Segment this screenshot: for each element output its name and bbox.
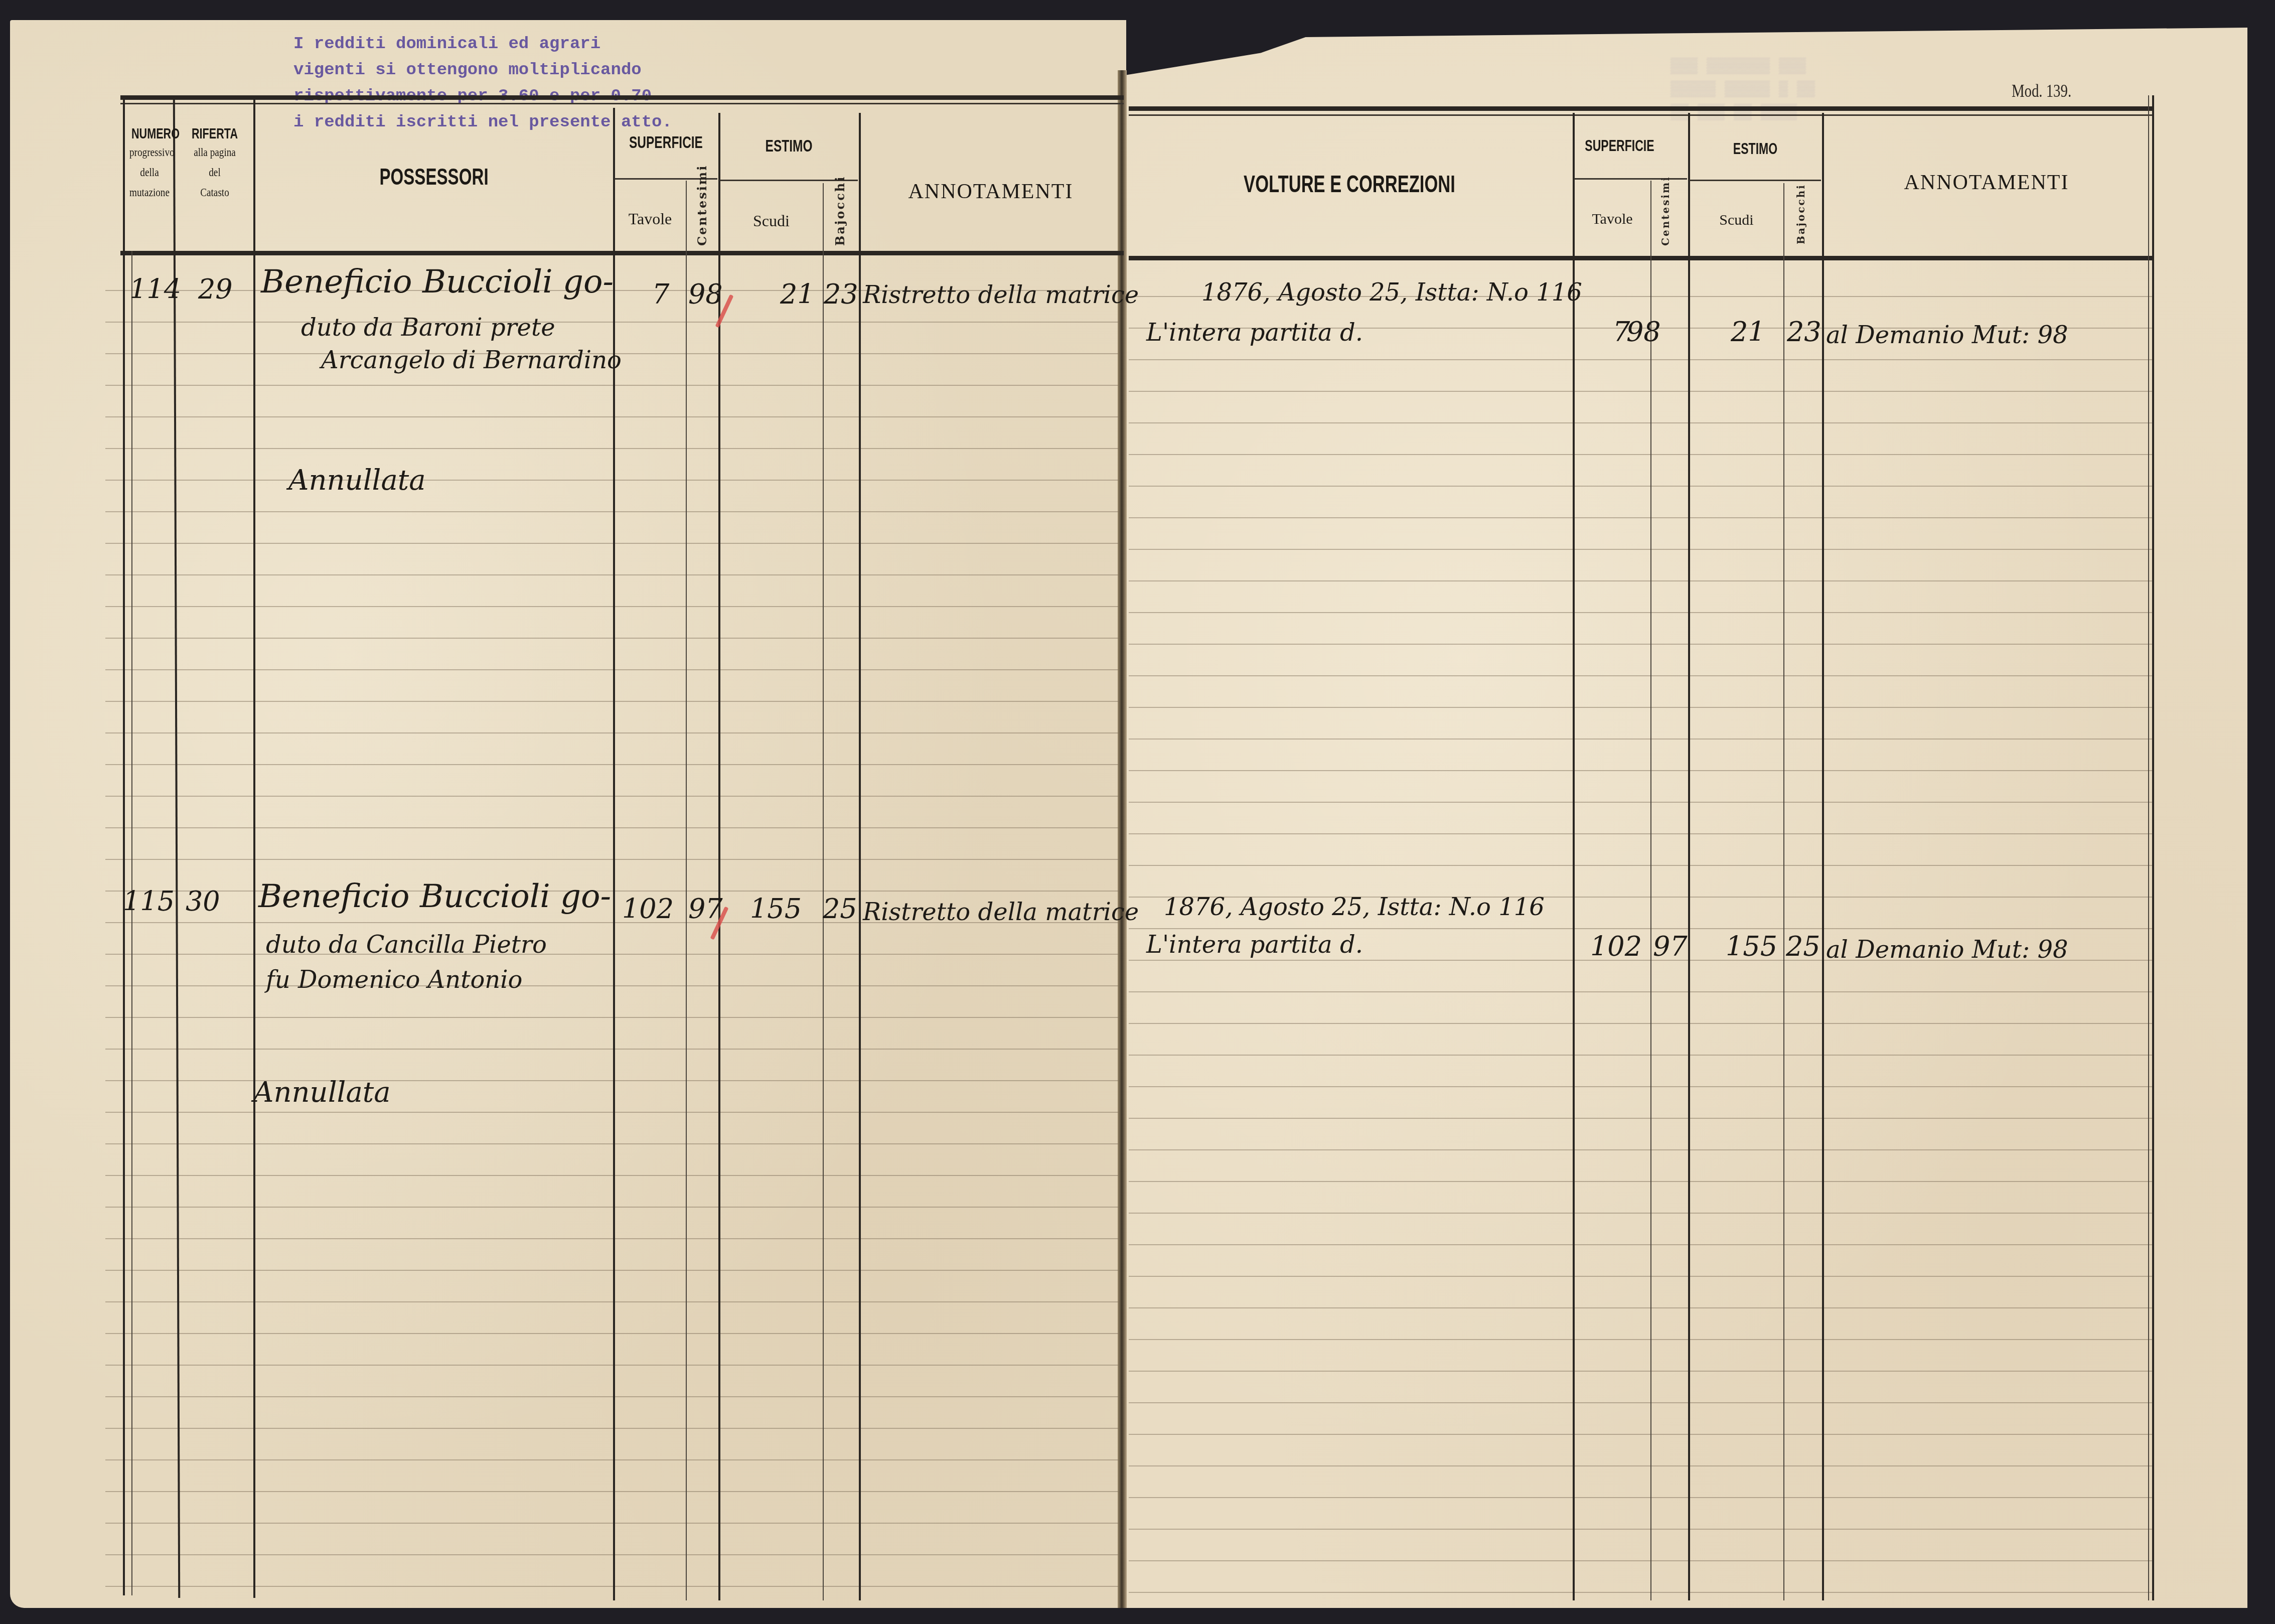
header-annotamenti-left: ANNOTAMENTI xyxy=(860,180,1121,204)
ruled-line xyxy=(105,1396,1119,1397)
header-bajocchi: Bajocchi xyxy=(1795,197,1807,244)
ruled-line xyxy=(105,322,1119,323)
ruled-line xyxy=(1129,1560,2152,1561)
header-annotamenti-right: ANNOTAMENTI xyxy=(1824,171,2150,195)
col-border xyxy=(1573,113,1575,1600)
ruled-line xyxy=(1129,391,2152,392)
col-border xyxy=(686,181,687,1600)
ruled-line xyxy=(1129,1181,2152,1182)
header-possessori: POSSESSORI xyxy=(306,163,562,190)
ruled-line xyxy=(1129,833,2152,834)
ruled-line xyxy=(1129,644,2152,645)
ruled-line xyxy=(1129,1276,2152,1277)
centesimi-cell: 98 xyxy=(1626,316,1661,348)
table-top-double-rule-right xyxy=(1129,114,2152,116)
col-border xyxy=(131,251,132,1595)
ruled-line xyxy=(1129,1307,2152,1308)
ruled-line xyxy=(1129,1023,2152,1024)
ruled-line xyxy=(105,891,1119,892)
ruled-line xyxy=(105,1301,1119,1302)
ruled-line xyxy=(105,1365,1119,1366)
volture-line: L'intera partita d. xyxy=(1146,931,1363,959)
scudi-cell: 155 xyxy=(1726,931,1777,962)
stamp-note: I redditi dominicali ed agrari vigenti s… xyxy=(293,31,672,135)
ruled-line xyxy=(105,1523,1119,1524)
scudi-cell: 155 xyxy=(750,893,802,925)
possessori-line: Beneficio Buccioli go- xyxy=(261,263,614,301)
ruled-line xyxy=(1129,770,2152,771)
ruled-line xyxy=(105,574,1119,575)
ruled-line xyxy=(1129,549,2152,550)
ruled-line xyxy=(105,1112,1119,1113)
ruled-line xyxy=(105,511,1119,512)
ruled-line xyxy=(105,416,1119,417)
ruled-line xyxy=(105,669,1119,670)
ruled-line xyxy=(105,448,1119,449)
header-volture-correzioni: VOLTURE E CORREZIONI xyxy=(1190,171,1508,198)
ruled-line xyxy=(1129,1055,2152,1056)
ruled-line xyxy=(1129,422,2152,423)
possessori-line: fu Domenico Antonio xyxy=(266,966,522,994)
header-tavole: Tavole xyxy=(615,210,686,228)
header-bottom-rule-left xyxy=(120,251,1124,255)
riferta-cell: 29 xyxy=(198,273,233,305)
scudi-cell: 21 xyxy=(1731,316,1765,348)
ruled-line xyxy=(105,1049,1119,1050)
col-border xyxy=(1822,113,1824,1600)
header-bottom-rule-right xyxy=(1129,256,2152,260)
estimo-divider xyxy=(1690,180,1821,181)
numero-cell: 115 xyxy=(123,885,175,917)
ruled-line xyxy=(1129,454,2152,455)
ruled-line xyxy=(105,1143,1119,1144)
ruled-line xyxy=(1129,865,2152,866)
possessori-line: Beneficio Buccioli go- xyxy=(258,878,611,915)
ruled-line xyxy=(1129,1402,2152,1403)
ruled-line xyxy=(1129,991,2152,992)
numero-cell: 114 xyxy=(129,273,181,305)
tavole-cell: 102 xyxy=(1590,931,1642,962)
ruled-line xyxy=(105,606,1119,607)
col-border xyxy=(859,113,861,1600)
ruled-line xyxy=(105,1491,1119,1492)
header-scudi: Scudi xyxy=(720,212,823,230)
ruled-line xyxy=(1129,707,2152,708)
ruled-line xyxy=(1129,517,2152,518)
ruled-line xyxy=(105,1175,1119,1176)
ruled-line xyxy=(105,1017,1119,1018)
ruled-line xyxy=(105,732,1119,733)
possessori-line: duto da Cancilla Pietro xyxy=(266,931,547,959)
ruled-line xyxy=(1129,675,2152,676)
centesimi-cell: 97 xyxy=(1653,931,1688,962)
header-estimo: ESTIMO xyxy=(1708,139,1803,158)
annullata-note: Annullata xyxy=(288,464,426,497)
ruled-line xyxy=(1129,580,2152,581)
ruled-line xyxy=(105,1238,1119,1239)
header-centesimi: Centesimi xyxy=(1659,193,1672,246)
ruled-line xyxy=(105,1554,1119,1555)
ruled-line xyxy=(1129,1434,2152,1435)
ruled-line xyxy=(105,638,1119,639)
col-border xyxy=(1688,113,1690,1600)
ruled-line xyxy=(105,985,1119,986)
col-border xyxy=(1650,181,1651,1600)
col-border xyxy=(823,183,824,1600)
annotamenti-cell: Ristretto della matrice xyxy=(863,898,1139,926)
header-riferta: RIFERTA alla pagina del Catasto xyxy=(177,125,252,203)
ruled-line xyxy=(105,1428,1119,1429)
ruled-line xyxy=(105,796,1119,797)
ruled-line xyxy=(105,764,1119,765)
tavole-cell: 102 xyxy=(622,893,674,925)
ruled-line xyxy=(1129,1592,2152,1593)
header-superficie: SUPERFICIE xyxy=(1585,136,1639,155)
header-superficie: SUPERFICIE xyxy=(629,133,703,153)
ruled-line xyxy=(105,480,1119,481)
ruled-line xyxy=(1129,739,2152,740)
bajocchi-cell: 23 xyxy=(824,278,858,310)
bajocchi-cell: 25 xyxy=(1786,931,1821,962)
col-border xyxy=(123,95,125,1595)
col-border xyxy=(1783,183,1784,1600)
ruled-line xyxy=(1129,1118,2152,1119)
ruled-line xyxy=(105,385,1119,386)
ruled-line xyxy=(1129,1213,2152,1214)
header-numero: NUMERO progressivo della mutazione xyxy=(124,125,175,203)
ruled-line xyxy=(1129,1497,2152,1498)
volture-line: L'intera partita d. xyxy=(1146,319,1363,347)
annullata-note: Annullata xyxy=(253,1076,391,1109)
ruled-line xyxy=(105,859,1119,860)
table-top-double-rule-left xyxy=(120,103,1124,104)
ruled-line xyxy=(1129,1149,2152,1150)
col-border xyxy=(253,98,255,1598)
ruled-line xyxy=(1129,1371,2152,1372)
ruled-line xyxy=(1129,486,2152,487)
header-tavole: Tavole xyxy=(1574,211,1650,228)
header-bajocchi: Bajocchi xyxy=(833,196,847,246)
possessori-line: Arcangelo di Bernardino xyxy=(321,346,622,374)
centesimi-cell: 98 xyxy=(688,278,723,310)
header-estimo: ESTIMO xyxy=(739,136,839,156)
bajocchi-cell: 23 xyxy=(1787,316,1822,348)
riferta-cell: 30 xyxy=(186,885,220,917)
col-border xyxy=(2152,95,2154,1600)
col-border xyxy=(718,113,720,1600)
volture-line: 1876, Agosto 25, Istta: N.o 116 xyxy=(1201,278,1582,307)
bajocchi-cell: 25 xyxy=(823,893,857,925)
ruled-line xyxy=(1129,1339,2152,1340)
ruled-line xyxy=(1129,1086,2152,1087)
ruled-line xyxy=(1129,612,2152,613)
scudi-cell: 21 xyxy=(780,278,815,310)
ruled-line xyxy=(105,1270,1119,1271)
table-top-rule-left xyxy=(120,95,1124,100)
ruled-line xyxy=(105,827,1119,828)
ruled-line xyxy=(105,954,1119,955)
ruled-line xyxy=(105,1207,1119,1208)
ruled-line xyxy=(1129,928,2152,929)
annotamenti-cell: Ristretto della matrice xyxy=(863,281,1139,309)
ruled-line xyxy=(1129,802,2152,803)
ruled-line xyxy=(105,1586,1119,1587)
ruled-line xyxy=(105,543,1119,544)
annotamenti-cell: al Demanio Mut: 98 xyxy=(1826,321,2068,349)
volture-line: 1876, Agosto 25, Istta: N.o 116 xyxy=(1164,893,1545,921)
possessori-line: duto da Baroni prete xyxy=(301,314,555,342)
col-border xyxy=(613,108,615,1600)
ruled-line xyxy=(1129,1244,2152,1245)
table-top-rule-right xyxy=(1129,106,2152,111)
ruled-line xyxy=(1129,359,2152,360)
annotamenti-cell: al Demanio Mut: 98 xyxy=(1826,936,2068,964)
tavole-cell: 7 xyxy=(652,278,669,310)
ruled-line xyxy=(105,701,1119,702)
header-centesimi: Centesimi xyxy=(695,191,709,246)
form-code: Mod. 139. xyxy=(2012,80,2071,101)
header-scudi: Scudi xyxy=(1690,212,1783,229)
ruled-line xyxy=(105,1459,1119,1460)
col-border xyxy=(2148,95,2149,1600)
ruled-line xyxy=(1129,1465,2152,1466)
centesimi-cell: 97 xyxy=(688,893,723,925)
ruled-line xyxy=(1129,1529,2152,1530)
ruled-line xyxy=(105,1333,1119,1334)
